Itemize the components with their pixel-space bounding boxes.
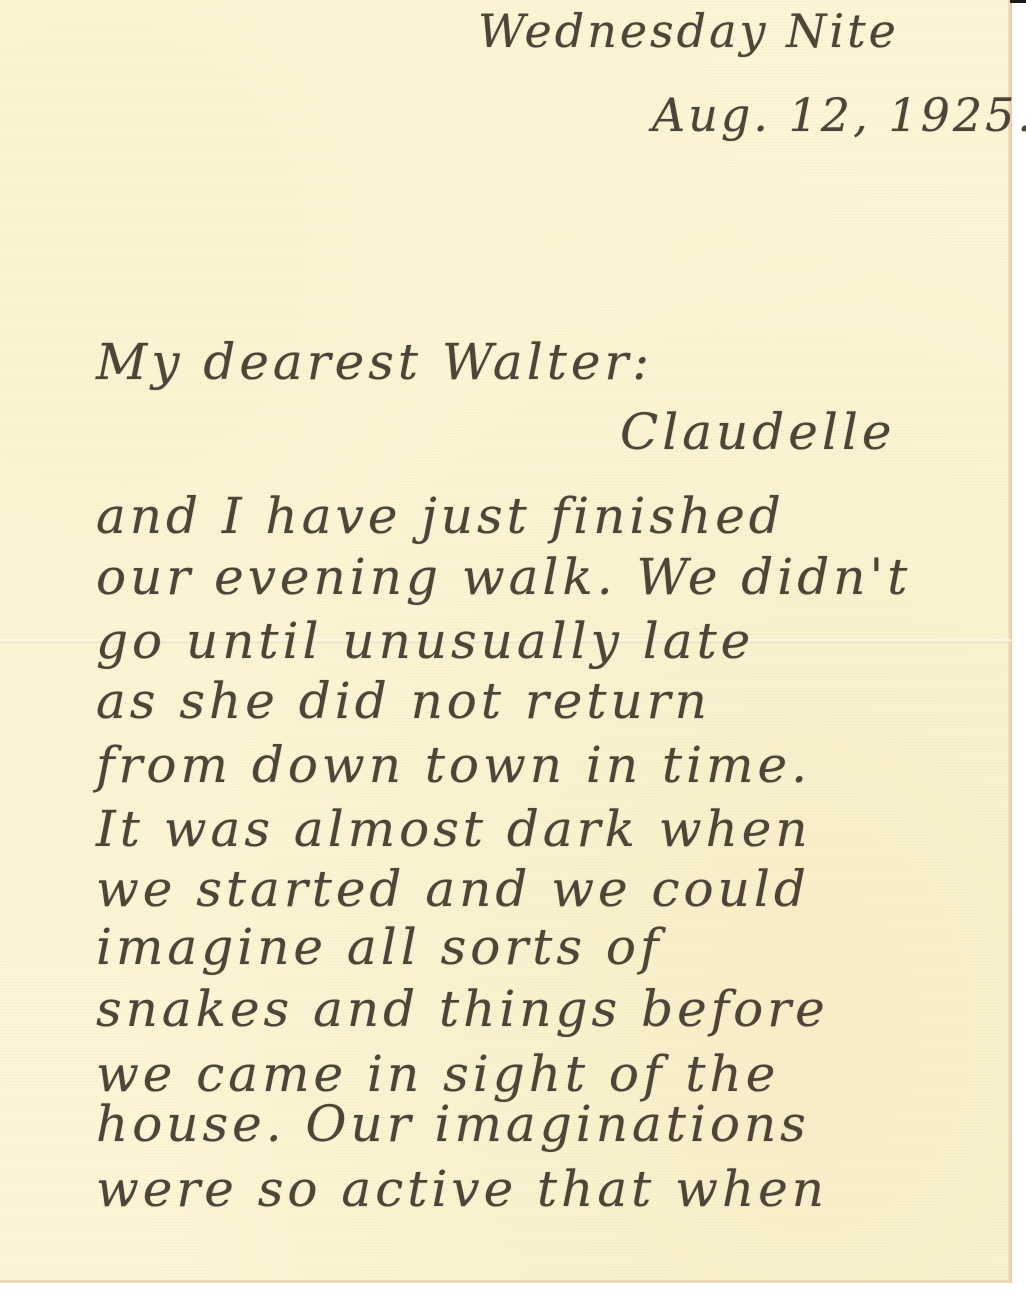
body-line: go until unusually late bbox=[96, 612, 754, 670]
body-line: were so active that when bbox=[96, 1160, 828, 1218]
body-line: as she did not return bbox=[96, 672, 711, 730]
letter-page: Wednesday Nite Aug. 12, 1925. My dearest… bbox=[0, 0, 1012, 1283]
body-line: It was almost dark when bbox=[96, 800, 812, 858]
body-line: and I have just finished bbox=[96, 487, 785, 545]
letter-day: Wednesday Nite bbox=[478, 4, 899, 58]
body-line: our evening walk. We didn't bbox=[96, 548, 911, 606]
body-line: Claudelle bbox=[620, 403, 895, 461]
body-line: snakes and things before bbox=[96, 980, 829, 1038]
body-line: we started and we could bbox=[96, 860, 810, 918]
body-line: imagine all sorts of bbox=[96, 918, 663, 976]
salutation: My dearest Walter: bbox=[96, 333, 653, 391]
body-line: house. Our imaginations bbox=[96, 1095, 810, 1153]
letter-date: Aug. 12, 1925. bbox=[652, 88, 1026, 142]
body-line: from down town in time. bbox=[96, 736, 811, 794]
scan-edge-mark bbox=[1010, 0, 1026, 3]
